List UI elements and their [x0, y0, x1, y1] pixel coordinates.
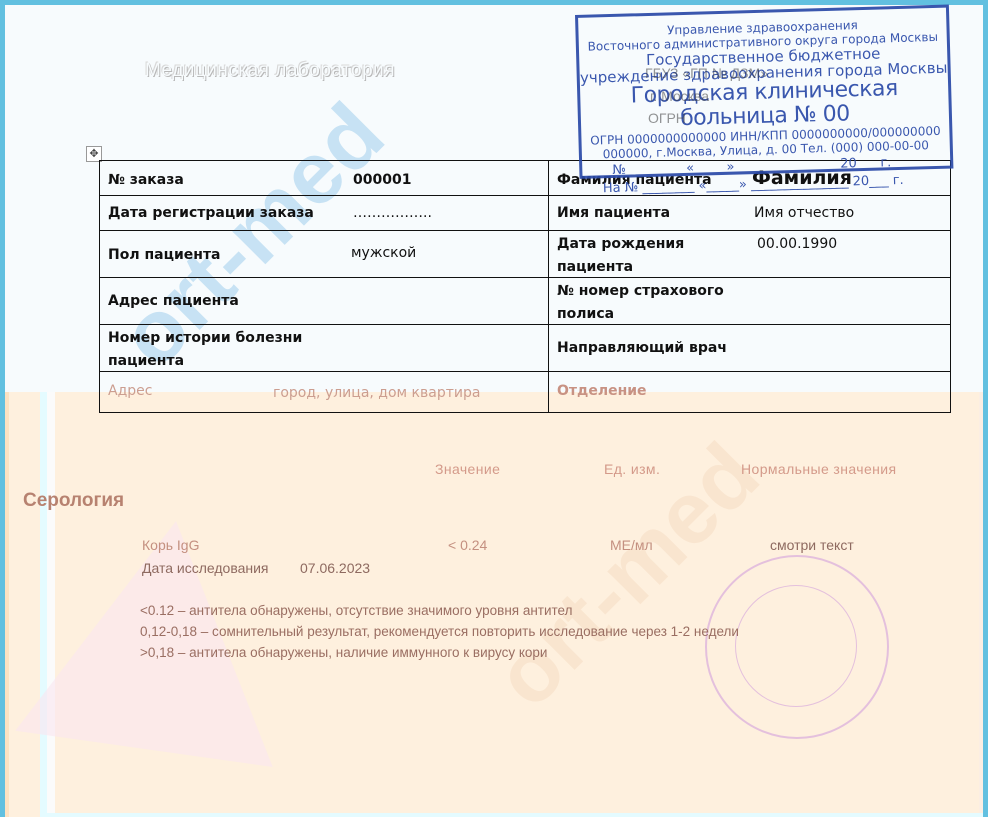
table-cell[interactable]: Пол пациента мужской [100, 231, 549, 278]
table-row: Номер истории болезни пациента Направляю… [100, 325, 951, 372]
test-name: Корь IgG [142, 537, 199, 553]
stamp-ghost-text: ОГРН [648, 110, 686, 126]
table-cell[interactable]: Отделение [549, 372, 951, 413]
name-label: Имя пациента [557, 202, 670, 225]
column-header-unit: Ед. изм. [604, 461, 660, 477]
department-label: Отделение [557, 383, 647, 399]
address-label-faded: Адрес [108, 383, 152, 399]
name-value: Имя отчество [754, 202, 854, 225]
lab-title: Медицинская лаборатория [145, 60, 395, 82]
study-date-label: Дата исследования [142, 560, 269, 576]
table-cell[interactable]: Адрес пациента [100, 278, 549, 325]
table-cell[interactable]: Имя пациента Имя отчество [549, 196, 951, 231]
table-cell[interactable]: Направляющий врач [549, 325, 951, 372]
gender-value: мужской [351, 242, 416, 265]
note-line: 0,12-0,18 – сомнительный результат, реко… [140, 624, 739, 639]
order-number-value: 000001 [353, 169, 411, 192]
table-cell[interactable]: Дата рождения пациента 00.00.1990 [549, 231, 951, 278]
note-line: <0.12 – антитела обнаружены, отсутствие … [140, 603, 573, 618]
table-cell[interactable]: Номер истории болезни пациента [100, 325, 549, 372]
table-row: Дата регистрации заказа …………….. Имя паци… [100, 196, 951, 231]
table-cell[interactable]: Дата регистрации заказа …………….. [100, 196, 549, 231]
margin-strip [5, 392, 9, 817]
stamp-ghost-text: ГБУЗ «ГП № ДЗМ» [645, 65, 768, 81]
birthdate-value: 00.00.1990 [757, 233, 837, 256]
patient-info-table: № заказа 000001 Фамилия пациента Фамилия… [99, 160, 951, 413]
birthdate-label: Дата рождения пациента [557, 233, 707, 279]
table-row: Адрес пациента № номер страхового полиса [100, 278, 951, 325]
gender-label: Пол пациента [108, 244, 221, 267]
stamp-ghost-text: г. Москва [650, 88, 709, 104]
test-unit: МЕ/мл [610, 537, 653, 553]
table-cell[interactable]: Адрес город, улица, дом квартира [100, 372, 549, 413]
note-line: >0,18 – антитела обнаружены, наличие имм… [140, 645, 547, 660]
insurance-policy-label: № номер страхового полиса [557, 280, 757, 326]
margin-strip [979, 392, 983, 817]
round-seal-inner-icon [735, 585, 857, 707]
table-row: Адрес город, улица, дом квартира Отделен… [100, 372, 951, 413]
margin-strip [40, 813, 983, 817]
column-header-normal: Нормальные значения [741, 461, 896, 477]
address-label: Адрес пациента [108, 290, 239, 313]
registration-date-label: Дата регистрации заказа [108, 202, 314, 225]
table-cell[interactable]: № номер страхового полиса [549, 278, 951, 325]
referring-doctor-label: Направляющий врач [557, 337, 727, 360]
column-header-value: Значение [435, 461, 500, 477]
study-date-value: 07.06.2023 [300, 560, 370, 576]
order-number-label: № заказа [108, 169, 184, 192]
table-row: Пол пациента мужской Дата рождения пацие… [100, 231, 951, 278]
address-value: город, улица, дом квартира [273, 382, 480, 405]
section-title: Серология [23, 490, 124, 512]
test-value: < 0.24 [448, 537, 487, 553]
institution-stamp: Управление здравоохранения Восточного ад… [575, 5, 953, 179]
test-normal: смотри текст [770, 537, 854, 553]
table-cell[interactable]: № заказа 000001 [100, 161, 549, 196]
registration-date-value: …………….. [353, 202, 432, 225]
medical-history-label: Номер истории болезни пациента [108, 327, 338, 373]
